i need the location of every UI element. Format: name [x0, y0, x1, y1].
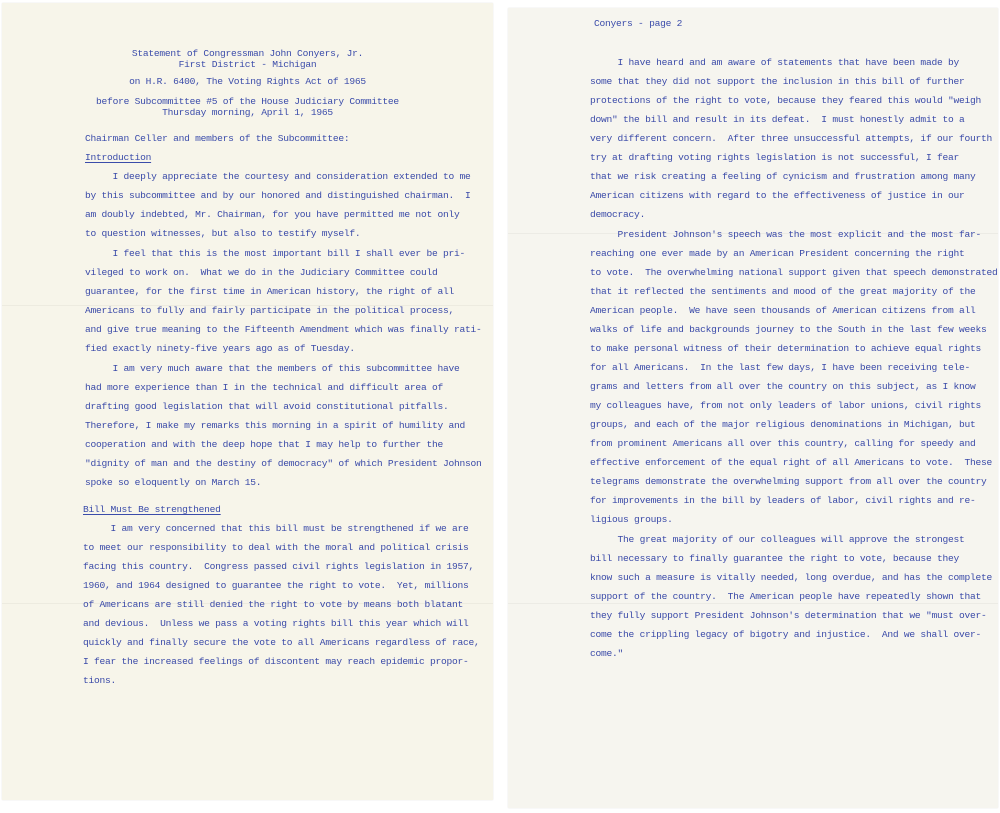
text-line: guarantee, for the first time in America…	[85, 282, 482, 301]
text-line: I am very concerned that this bill must …	[83, 519, 480, 538]
text-line: facing this country. Congress passed civ…	[83, 557, 480, 576]
text-line: to vote. The overwhelming national suppo…	[590, 263, 998, 282]
text-line: ligious groups.	[590, 510, 998, 529]
header-district: First District - Michigan	[2, 59, 493, 70]
running-head: Conyers - page 2	[594, 14, 682, 33]
document-page-1: Statement of Congressman John Conyers, J…	[2, 3, 493, 800]
text-line: support of the country. The American peo…	[590, 587, 998, 606]
text-line: for all Americans. In the last few days,…	[590, 358, 998, 377]
text-line: 1960, and 1964 designed to guarantee the…	[83, 576, 480, 595]
text-line: I feel that this is the most important b…	[85, 244, 482, 263]
text-line: Americans to fully and fairly participat…	[85, 301, 482, 320]
header-title: Statement of Congressman John Conyers, J…	[2, 48, 493, 59]
text-line: very different concern. After three unsu…	[590, 129, 998, 148]
text-line: grams and letters from all over the coun…	[590, 377, 998, 396]
text-line: democracy.	[590, 205, 998, 224]
text-line: Therefore, I make my remarks this mornin…	[85, 416, 482, 435]
bill-strengthened-body: I am very concerned that this bill must …	[83, 519, 480, 690]
text-line: The great majority of our colleagues wil…	[590, 530, 998, 549]
paragraph: I deeply appreciate the courtesy and con…	[85, 167, 482, 243]
text-line: American citizens with regard to the eff…	[590, 186, 998, 205]
text-line: I fear the increased feelings of discont…	[83, 652, 480, 671]
text-line: and devious. Unless we pass a voting rig…	[83, 614, 480, 633]
text-line: am doubly indebted, Mr. Chairman, for yo…	[85, 205, 482, 224]
text-line: walks of life and backgrounds journey to…	[590, 320, 998, 339]
text-line: to meet our responsibility to deal with …	[83, 538, 480, 557]
text-line: reaching one ever made by an American Pr…	[590, 244, 998, 263]
text-line: had more experience than I in the techni…	[85, 378, 482, 397]
text-line: I have heard and am aware of statements …	[590, 53, 998, 72]
text-line: President Johnson's speech was the most …	[590, 225, 998, 244]
text-line: my colleagues have, from not only leader…	[590, 396, 998, 415]
text-line: I am very much aware that the members of…	[85, 359, 482, 378]
paragraph: I am very concerned that this bill must …	[83, 519, 480, 690]
text-line: groups, and each of the major religious …	[590, 415, 998, 434]
text-line: protections of the right to vote, becaus…	[590, 91, 998, 110]
text-line: vileged to work on. What we do in the Ju…	[85, 263, 482, 282]
introduction-body: I deeply appreciate the courtesy and con…	[85, 167, 482, 492]
text-line: I deeply appreciate the courtesy and con…	[85, 167, 482, 186]
text-line: by this subcommittee and by our honored …	[85, 186, 482, 205]
text-line: come."	[590, 644, 998, 663]
text-line: down" the bill and result in its defeat.…	[590, 110, 998, 129]
text-line: spoke so eloquently on March 15.	[85, 473, 482, 492]
page2-body: I have heard and am aware of statements …	[590, 53, 998, 663]
text-line: quickly and finally secure the vote to a…	[83, 633, 480, 652]
section-heading-introduction: Introduction	[85, 148, 151, 167]
text-line: that it reflected the sentiments and moo…	[590, 282, 998, 301]
text-line: some that they did not support the inclu…	[590, 72, 998, 91]
text-line: fied exactly ninety-five years ago as of…	[85, 339, 482, 358]
text-line: and give true meaning to the Fifteenth A…	[85, 320, 482, 339]
paragraph: I feel that this is the most important b…	[85, 244, 482, 358]
paragraph: I am very much aware that the members of…	[85, 359, 482, 492]
salutation: Chairman Celler and members of the Subco…	[85, 129, 349, 148]
text-line: cooperation and with the deep hope that …	[85, 435, 482, 454]
header-bill: on H.R. 6400, The Voting Rights Act of 1…	[2, 76, 493, 87]
paragraph: The great majority of our colleagues wil…	[590, 530, 998, 663]
header-date: Thursday morning, April 1, 1965	[2, 107, 493, 118]
paragraph: I have heard and am aware of statements …	[590, 53, 998, 224]
text-line: from prominent Americans all over this c…	[590, 434, 998, 453]
text-line: American people. We have seen thousands …	[590, 301, 998, 320]
text-line: for improvements in the bill by leaders …	[590, 491, 998, 510]
text-line: know such a measure is vitally needed, l…	[590, 568, 998, 587]
paragraph: President Johnson's speech was the most …	[590, 225, 998, 529]
text-line: "dignity of man and the destiny of democ…	[85, 454, 482, 473]
text-line: effective enforcement of the equal right…	[590, 453, 998, 472]
text-line: to make personal witness of their determ…	[590, 339, 998, 358]
text-line: to question witnesses, but also to testi…	[85, 224, 482, 243]
text-line: try at drafting voting rights legislatio…	[590, 148, 998, 167]
text-line: come the crippling legacy of bigotry and…	[590, 625, 998, 644]
text-line: tions.	[83, 671, 480, 690]
text-line: that we risk creating a feeling of cynic…	[590, 167, 998, 186]
header-subcommittee: before Subcommittee #5 of the House Judi…	[2, 96, 493, 107]
text-line: bill necessary to finally guarantee the …	[590, 549, 998, 568]
text-line: telegrams demonstrate the overwhelming s…	[590, 472, 998, 491]
document-page-2: Conyers - page 2 I have heard and am awa…	[508, 8, 998, 808]
text-line: they fully support President Johnson's d…	[590, 606, 998, 625]
text-line: drafting good legislation that will avoi…	[85, 397, 482, 416]
text-line: of Americans are still denied the right …	[83, 595, 480, 614]
section-heading-bill-must-be-strengthened: Bill Must Be strengthened	[83, 500, 221, 519]
